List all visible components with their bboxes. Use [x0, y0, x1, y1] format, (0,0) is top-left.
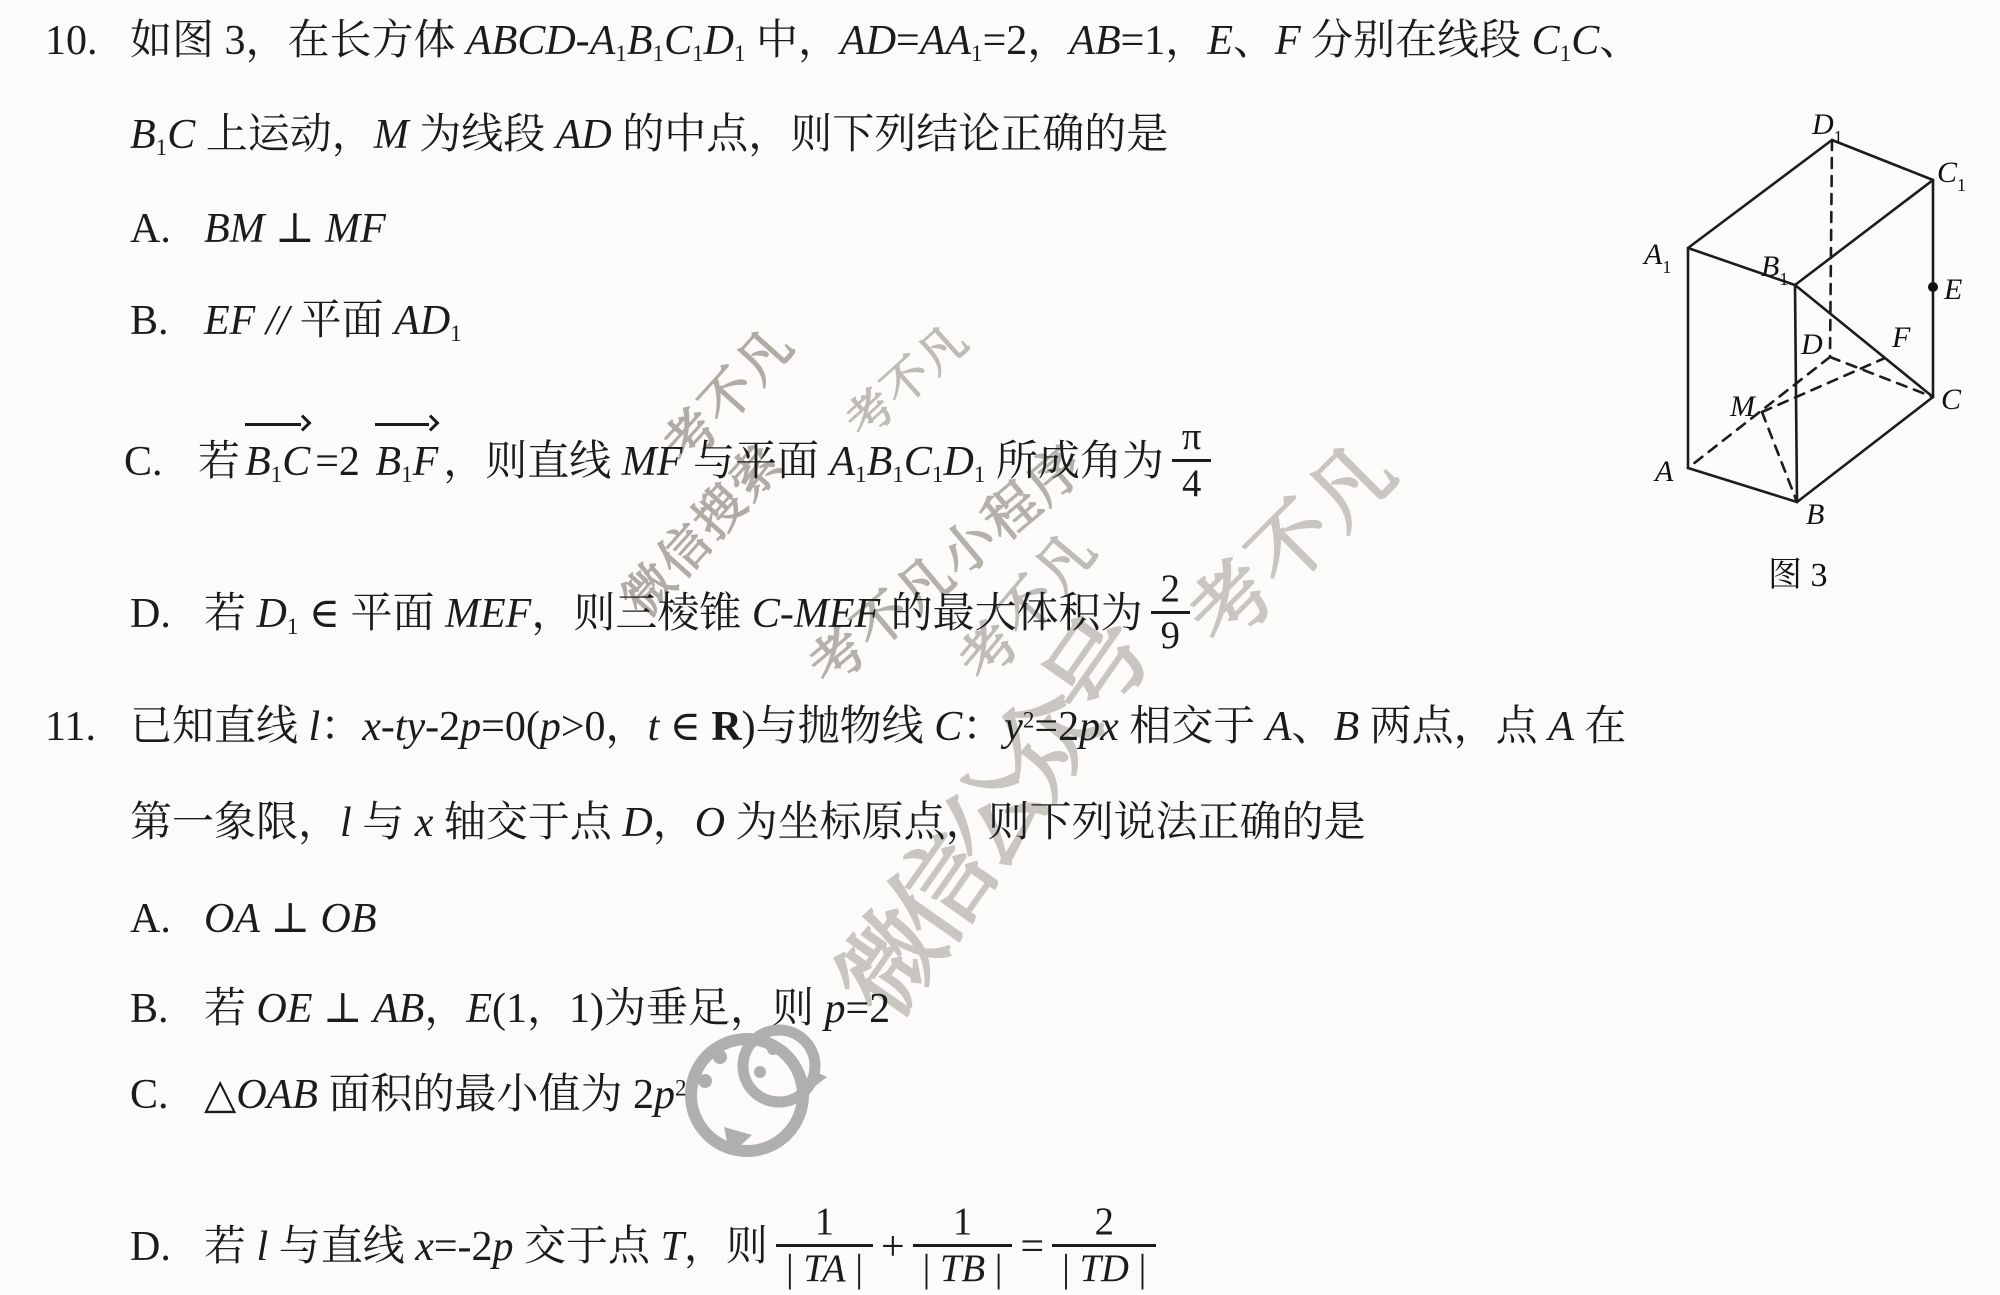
q11-option-a: A.OA ⊥ OB — [130, 892, 377, 947]
fraction: 2| TD | — [1052, 1201, 1156, 1292]
text-run: AD — [394, 298, 450, 344]
text-run: 2 — [1161, 568, 1180, 610]
q11-option-d: D.若 l 与直线 x=-2p 交于点 T，则1| TA |+1| TB |=2… — [130, 1205, 1164, 1295]
text-run: A — [1548, 704, 1574, 750]
text-run: 1 — [932, 461, 944, 487]
text-run: B — [245, 439, 271, 485]
q10-option-d-label: D. — [130, 587, 204, 642]
text-run: 若 — [204, 986, 257, 1032]
fraction: π4 — [1172, 416, 1212, 507]
text-run: | — [1062, 1248, 1079, 1290]
q10-option-b-label: B. — [130, 294, 204, 349]
text-run: 1 — [271, 461, 283, 487]
text-run: - — [381, 704, 395, 750]
text-run: ： — [962, 704, 1004, 750]
fraction: 1| TA | — [776, 1201, 873, 1292]
q10-line-2-text: B1C 上运动，M 为线段 AD 的中点，则下列结论正确的是 — [130, 112, 1168, 158]
text-run: // — [255, 298, 299, 344]
text-run: AD — [556, 112, 612, 158]
text-run: 1 — [971, 40, 983, 66]
text-run: 已知直线 — [130, 704, 309, 750]
text-run: p — [540, 704, 561, 750]
q11-line-1-text: 已知直线 l：x-ty-2p=0(p>0，t ∈ R)与抛物线 C：y2=2px… — [130, 704, 1626, 750]
text-run: 轴交于点 — [433, 800, 622, 846]
text-run: 如图 3，在长方体 — [130, 18, 466, 64]
figure-label: A — [1653, 455, 1674, 488]
q11-line-2-text: 第一象限，l 与 x 轴交于点 D，O 为坐标原点，则下列说法正确的是 — [130, 800, 1366, 846]
text-run: 9 — [1161, 615, 1180, 657]
q11-option-c-text: △OAB 面积的最小值为 2p2 — [204, 1072, 687, 1118]
text-run: p — [460, 704, 481, 750]
text-run: O — [695, 800, 725, 846]
q11-option-a-text: OA ⊥ OB — [204, 896, 377, 942]
text-run: px — [1079, 704, 1119, 750]
q10-option-d: D.若 D1 ∈ 平面 MEF，则三棱锥 C-MEF 的最大体积为29 — [130, 572, 1198, 663]
text-run: ，则 — [684, 1224, 768, 1270]
text-run: OA — [204, 896, 260, 942]
text-run: 1 — [401, 461, 413, 487]
text-run: 中， — [746, 18, 841, 64]
point-e-dot — [1928, 282, 1938, 292]
text-run: 1 — [815, 1201, 834, 1243]
text-run: =0( — [481, 704, 540, 750]
text-run: BM — [204, 206, 265, 252]
text-run: 在 — [1574, 704, 1627, 750]
text-run: B — [867, 439, 893, 485]
text-run: T — [661, 1224, 684, 1270]
q10-line-2: B1C 上运动，M 为线段 AD 的中点，则下列结论正确的是 — [130, 108, 1168, 163]
text-run: 2 — [675, 1074, 687, 1100]
text-run: 与 — [352, 800, 415, 846]
text-run: y — [1004, 704, 1023, 750]
q11-line-2: 第一象限，l 与 x 轴交于点 D，O 为坐标原点，则下列说法正确的是 — [130, 796, 1366, 851]
text-run: ，则直线 — [443, 439, 622, 485]
text-run: B — [130, 112, 156, 158]
fraction: 1| TB | — [913, 1201, 1013, 1292]
text-run: ⊥ — [313, 986, 374, 1032]
q10-option-c-text: 若B1C=2 B1F，则直线 MF 与平面 A1B1C1D1 所成角为π4 — [198, 439, 1219, 485]
text-run: 2 — [1095, 1201, 1114, 1243]
text-run: | — [923, 1248, 940, 1290]
text-run: 1 — [450, 320, 462, 346]
q10-option-a-text: BM ⊥ MF — [204, 206, 386, 252]
text-run: 1 — [734, 40, 746, 66]
text-run: 2 — [633, 1072, 654, 1118]
text-run: x — [415, 800, 434, 846]
text-run: π — [1182, 416, 1202, 458]
text-run: MF — [622, 439, 683, 485]
text-run: M — [374, 112, 409, 158]
text-run: >0 — [561, 704, 606, 750]
q10-line-1: 10.如图 3，在长方体 ABCD-A1B1C1D1 中，AD=AA1=2，AB… — [45, 14, 1641, 69]
text-run: 面积的最小值为 — [318, 1072, 633, 1118]
text-run: = — [896, 18, 920, 64]
text-run: 4 — [1182, 463, 1201, 505]
text-run: ，则三棱锥 — [531, 591, 752, 637]
text-run: p — [825, 986, 846, 1032]
text-run: ) — [742, 704, 756, 750]
text-run: 若 — [198, 439, 240, 485]
text-run: =2 — [1034, 704, 1079, 750]
q11-number: 11. — [45, 700, 130, 755]
text-run: 所成角为 — [985, 439, 1164, 485]
text-run: 分别在线段 — [1301, 18, 1532, 64]
text-run: C — [1571, 18, 1599, 64]
figure-3-cuboid-diagram: A1D1C1B1EFDCMAB 图 3 — [1600, 90, 2000, 610]
q11-option-d-label: D. — [130, 1220, 204, 1275]
text-run: 平面 — [351, 591, 446, 637]
text-run: A — [590, 18, 616, 64]
vector-term: B1C — [245, 431, 310, 490]
text-run: 交于点 — [514, 1224, 661, 1270]
text-run: ， — [424, 986, 466, 1032]
figure-label: D — [1800, 328, 1823, 361]
text-run: 的最大体积为 — [880, 591, 1143, 637]
q10-option-b-text: EF // 平面 AD1 — [204, 298, 462, 344]
text-run: 与直线 — [268, 1224, 415, 1270]
text-run: 上运动， — [195, 112, 374, 158]
text-run: C — [167, 112, 195, 158]
text-run: l — [309, 704, 321, 750]
fraction-denominator: 4 — [1172, 459, 1211, 506]
text-run: EF — [204, 298, 255, 344]
figure-label: E — [1943, 273, 1962, 306]
text-run: △ — [204, 1072, 236, 1118]
q10-option-a-label: A. — [130, 202, 204, 257]
q10-line-1-text: 如图 3，在长方体 ABCD-A1B1C1D1 中，AD=AA1=2，AB=1，… — [130, 18, 1641, 64]
text-run: MEF — [445, 591, 531, 637]
q10-option-c-label: C. — [124, 435, 198, 490]
text-run: 1 — [287, 613, 299, 639]
text-run: 若 — [204, 1224, 257, 1270]
text-run: 、 — [1291, 704, 1333, 750]
text-run: E — [1207, 18, 1233, 64]
text-run: 第一象限， — [130, 800, 340, 846]
figure-label: B1 — [1761, 250, 1788, 289]
text-run: B — [1333, 704, 1359, 750]
text-run: 1 — [653, 40, 665, 66]
figure-label: C1 — [1937, 156, 1966, 195]
q10-option-a: A.BM ⊥ MF — [130, 202, 386, 257]
text-run: AD — [840, 18, 896, 64]
figure-label: C — [1941, 383, 1962, 416]
text-run: =1 — [1121, 18, 1166, 64]
text-run: TB — [940, 1248, 985, 1290]
text-run: ， — [606, 704, 648, 750]
text-run: AB — [1069, 18, 1120, 64]
text-run: ， — [1027, 18, 1069, 64]
text-run: ⊥ — [260, 896, 321, 942]
text-run: =2 — [315, 439, 370, 485]
text-run: MF — [325, 206, 386, 252]
text-run: ABCD — [466, 18, 576, 64]
fraction-denominator: | TB | — [913, 1244, 1013, 1291]
text-run: =2 — [846, 986, 891, 1032]
text-run: D — [257, 591, 287, 637]
q10-option-d-text: 若 D1 ∈ 平面 MEF，则三棱锥 C-MEF 的最大体积为29 — [204, 591, 1198, 637]
exam-page: { "page": { "background": "#fcfbf9", "te… — [0, 0, 2000, 1295]
text-run: R — [711, 704, 741, 750]
text-run: TA — [803, 1248, 845, 1290]
text-run: ： — [320, 704, 362, 750]
text-run: ∈ — [659, 704, 711, 750]
text-run: D — [622, 800, 652, 846]
text-run: x — [362, 704, 381, 750]
text-run: 若 — [204, 591, 257, 637]
text-run: 2 — [1023, 706, 1035, 732]
q11-option-c: C.△OAB 面积的最小值为 2p2 — [130, 1068, 687, 1123]
cuboid-svg: A1D1C1B1EFDCMAB 图 3 — [1600, 90, 2000, 610]
text-run: B — [375, 439, 401, 485]
text-run: C — [904, 439, 932, 485]
text-run: 平面 — [300, 298, 395, 344]
q11-line-1: 11.已知直线 l：x-ty-2p=0(p>0，t ∈ R)与抛物线 C：y2=… — [45, 700, 1626, 755]
text-run: F — [413, 439, 439, 485]
text-run: | — [985, 1248, 1002, 1290]
text-run: 1 — [974, 461, 986, 487]
text-run: 、 — [1233, 18, 1275, 64]
text-run: C — [1532, 18, 1560, 64]
text-run: F — [1275, 18, 1301, 64]
text-run: OAB — [236, 1072, 318, 1118]
figure-label: B — [1806, 498, 1824, 531]
text-run: ⊥ — [265, 206, 326, 252]
fraction-numerator: 1 — [943, 1201, 982, 1244]
q11-option-b-text: 若 OE ⊥ AB，E(1，1)为垂足，则 p=2 — [204, 986, 890, 1032]
text-run: l — [257, 1224, 269, 1270]
text-run: C — [282, 439, 310, 485]
figure-label: F — [1891, 321, 1911, 354]
fraction-numerator: 2 — [1151, 568, 1190, 611]
text-run: C — [752, 591, 780, 637]
text-run: 为垂足，则 — [604, 986, 825, 1032]
text-run: TD — [1080, 1248, 1129, 1290]
q11-option-a-label: A. — [130, 892, 204, 947]
text-run: B — [627, 18, 653, 64]
wechat-logo-icon — [672, 1015, 842, 1175]
fraction-numerator: π — [1172, 416, 1212, 459]
text-run: MEF — [794, 591, 880, 637]
text-run: 1 — [615, 40, 627, 66]
text-run: l — [340, 800, 352, 846]
text-run: -2 — [425, 704, 460, 750]
q11-option-b-label: B. — [130, 982, 204, 1037]
text-run: | — [1129, 1248, 1146, 1290]
text-run: (1，1) — [492, 986, 604, 1032]
text-run: 为线段 — [409, 112, 556, 158]
text-run: C — [934, 704, 962, 750]
q11-option-d-text: 若 l 与直线 x=-2p 交于点 T，则1| TA |+1| TB |=2| … — [204, 1224, 1164, 1270]
text-run: A — [829, 439, 855, 485]
text-run: 1 — [1560, 40, 1572, 66]
fraction-numerator: 1 — [805, 1201, 844, 1244]
text-run: A — [1266, 704, 1292, 750]
text-run: =-2 — [434, 1224, 493, 1270]
figure-label: A1 — [1642, 238, 1671, 277]
fraction-denominator: 9 — [1151, 611, 1190, 658]
text-run: 的中点，则下列结论正确的是 — [612, 112, 1169, 158]
text-run: | — [846, 1248, 863, 1290]
q10-option-b: B.EF // 平面 AD1 — [130, 294, 462, 349]
text-run: C — [664, 18, 692, 64]
text-run: ， — [1165, 18, 1207, 64]
text-run: = — [1020, 1224, 1044, 1270]
text-run: x — [415, 1224, 434, 1270]
text-run: 两点，点 — [1359, 704, 1548, 750]
figure-label: M — [1729, 390, 1757, 423]
text-run: OE — [257, 986, 313, 1032]
text-run: 、 — [1599, 18, 1641, 64]
text-run: D — [943, 439, 973, 485]
q10-number: 10. — [45, 14, 130, 69]
text-run: 1 — [953, 1201, 972, 1243]
text-run: 1 — [855, 461, 867, 487]
text-run: 1 — [692, 40, 704, 66]
text-run: 1 — [156, 134, 168, 160]
fraction-numerator: 2 — [1085, 1201, 1124, 1244]
fraction: 29 — [1151, 568, 1190, 659]
q11-option-c-label: C. — [130, 1068, 204, 1123]
text-run: t — [648, 704, 660, 750]
text-run: 1 — [892, 461, 904, 487]
text-run: - — [780, 591, 794, 637]
text-run: p — [493, 1224, 514, 1270]
fraction-denominator: | TA | — [776, 1244, 873, 1291]
text-run: =2 — [983, 18, 1028, 64]
text-run: AB — [373, 986, 424, 1032]
figure-caption: 图 3 — [1768, 557, 1828, 594]
text-run: ， — [653, 800, 695, 846]
text-run: - — [576, 18, 590, 64]
text-run: E — [466, 986, 492, 1032]
text-run: ∈ — [298, 591, 350, 637]
figure-label: D1 — [1811, 108, 1843, 147]
vector-term: B1F — [375, 431, 438, 490]
text-run: OB — [321, 896, 377, 942]
text-run: AA — [920, 18, 971, 64]
q10-option-c: C.若B1C=2 B1F，则直线 MF 与平面 A1B1C1D1 所成角为π4 — [124, 420, 1219, 511]
text-run: 与抛物线 — [756, 704, 935, 750]
text-run: p — [654, 1072, 675, 1118]
fraction-denominator: | TD | — [1052, 1244, 1156, 1291]
text-run: ty — [395, 704, 425, 750]
text-run: D — [704, 18, 734, 64]
text-run: 为坐标原点，则下列说法正确的是 — [725, 800, 1366, 846]
text-run: + — [881, 1224, 905, 1270]
text-run: 相交于 — [1119, 704, 1266, 750]
q11-option-b: B.若 OE ⊥ AB，E(1，1)为垂足，则 p=2 — [130, 982, 890, 1037]
text-run: 与平面 — [682, 439, 829, 485]
text-run: | — [786, 1248, 803, 1290]
